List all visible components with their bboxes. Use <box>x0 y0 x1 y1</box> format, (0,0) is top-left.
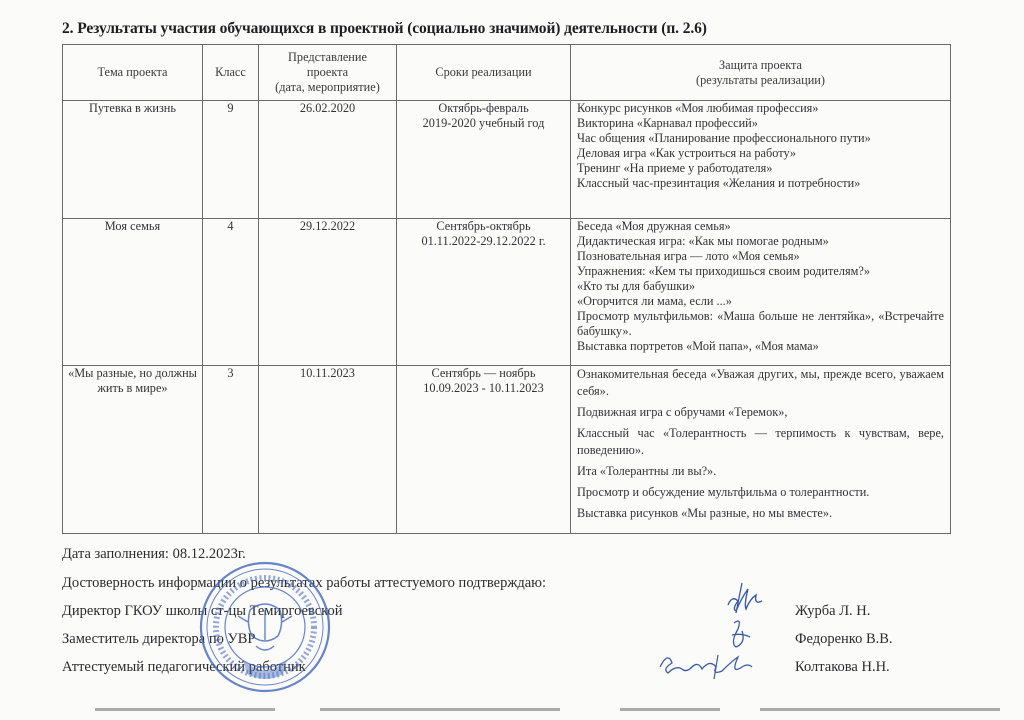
teacher-name: Колтакова Н.Н. <box>795 659 890 676</box>
cell-activities: Ознакомительная беседа «Уважая других, м… <box>571 366 951 534</box>
cell-period: Сентябрь — ноябрь 10.09.2023 - 10.11.202… <box>397 366 571 534</box>
cell-period: Сентябрь-октябрь 01.11.2022-29.12.2022 г… <box>397 219 571 366</box>
director-name: Журба Л. Н. <box>795 603 870 620</box>
cell-topic: Путевка в жизнь <box>63 101 203 219</box>
cell-topic: «Мы разные, но должны жить в мире» <box>63 366 203 534</box>
director-role: Директор ГКОУ школы ст-цы Темиргоевской <box>62 603 342 620</box>
activity-item: «Огорчится ли мама, если ...» <box>577 294 944 309</box>
teacher-role: Аттестуемый педагогический работник <box>62 659 306 676</box>
deputy-name: Федоренко В.В. <box>795 631 893 648</box>
period-dates: 2019-2020 учебный год <box>400 116 567 131</box>
cell-grade: 3 <box>203 366 259 534</box>
signatures-icon <box>650 575 790 685</box>
activity-item: Тренинг «На приеме у работодателя» <box>577 161 944 176</box>
header-defense-line2: (результаты реализации) <box>574 73 947 88</box>
deputy-role: Заместитель директора по УВР <box>62 631 255 648</box>
activity-item: Упражнения: «Кем ты приходишься своим ро… <box>577 264 944 279</box>
cell-presentation: 26.02.2020 <box>259 101 397 219</box>
table-row: Путевка в жизнь 9 26.02.2020 Октябрь-фев… <box>63 101 951 219</box>
activity-item: Выставка рисунков «Мы разные, но мы вмес… <box>577 505 944 522</box>
cell-grade: 4 <box>203 219 259 366</box>
activity-item: Подвижная игра с обручами «Теремок», <box>577 404 944 421</box>
header-presentation-line2: проекта <box>262 65 393 80</box>
header-presentation-line3: (дата, мероприятие) <box>262 80 393 95</box>
header-defense-line1: Защита проекта <box>574 58 947 73</box>
activity-item: Позновательная игра — лото «Моя семья» <box>577 249 944 264</box>
project-results-table: Тема проекта Класс Представление проекта… <box>62 44 951 534</box>
activity-item: Деловая игра «Как устроиться на работу» <box>577 146 944 161</box>
activity-item: Выставка портретов «Мой папа», «Моя мама… <box>577 339 944 354</box>
activity-item: Классный час-презинтация «Желания и потр… <box>577 176 944 191</box>
activity-item: Классный час «Толерантность — терпимость… <box>577 425 944 459</box>
section-title: 2. Результаты участия обучающихся в прое… <box>62 20 707 38</box>
activity-item: Просмотр мультфильмов: «Маша больше не л… <box>577 309 944 339</box>
bottom-edge-line <box>760 708 1000 711</box>
confirmation-text: Достоверность информации о результатах р… <box>62 575 546 592</box>
header-grade: Класс <box>203 45 259 101</box>
activity-item: Час общения «Планирование профессиональн… <box>577 131 944 146</box>
bottom-edge-line <box>95 708 275 711</box>
period-months: Сентябрь — ноябрь <box>400 366 567 381</box>
activity-item: Дидактическая игра: «Как мы помогае родн… <box>577 234 944 249</box>
cell-period: Октябрь-февраль 2019-2020 учебный год <box>397 101 571 219</box>
period-dates: 01.11.2022-29.12.2022 г. <box>400 234 567 249</box>
period-dates: 10.09.2023 - 10.11.2023 <box>400 381 567 396</box>
header-presentation-line1: Представление <box>262 50 393 65</box>
table-row: Моя семья 4 29.12.2022 Сентябрь-октябрь … <box>63 219 951 366</box>
activity-item: Викторина «Карнавал профессий» <box>577 116 944 131</box>
period-months: Октябрь-февраль <box>400 101 567 116</box>
cell-activities: Беседа «Моя дружная семья» Дидактическая… <box>571 219 951 366</box>
table-row: «Мы разные, но должны жить в мире» 3 10.… <box>63 366 951 534</box>
activity-item: Просмотр и обсуждение мультфильма о толе… <box>577 484 944 501</box>
period-months: Сентябрь-октябрь <box>400 219 567 234</box>
bottom-edge-line <box>620 708 720 711</box>
cell-activities: Конкурс рисунков «Моя любимая профессия»… <box>571 101 951 219</box>
activity-item: «Кто ты для бабушки» <box>577 279 944 294</box>
header-presentation: Представление проекта (дата, мероприятие… <box>259 45 397 101</box>
header-topic: Тема проекта <box>63 45 203 101</box>
activity-item: Беседа «Моя дружная семья» <box>577 219 944 234</box>
activity-item: Конкурс рисунков «Моя любимая профессия» <box>577 101 944 116</box>
activity-item: Ознакомительная беседа «Уважая других, м… <box>577 366 944 400</box>
cell-presentation: 10.11.2023 <box>259 366 397 534</box>
fill-date: Дата заполнения: 08.12.2023г. <box>62 546 246 563</box>
cell-presentation: 29.12.2022 <box>259 219 397 366</box>
bottom-edge-line <box>320 708 560 711</box>
header-period: Сроки реализации <box>397 45 571 101</box>
table-header-row: Тема проекта Класс Представление проекта… <box>63 45 951 101</box>
cell-grade: 9 <box>203 101 259 219</box>
header-defense: Защита проекта (результаты реализации) <box>571 45 951 101</box>
cell-topic: Моя семья <box>63 219 203 366</box>
activity-item: Ита «Толерантны ли вы?». <box>577 463 944 480</box>
